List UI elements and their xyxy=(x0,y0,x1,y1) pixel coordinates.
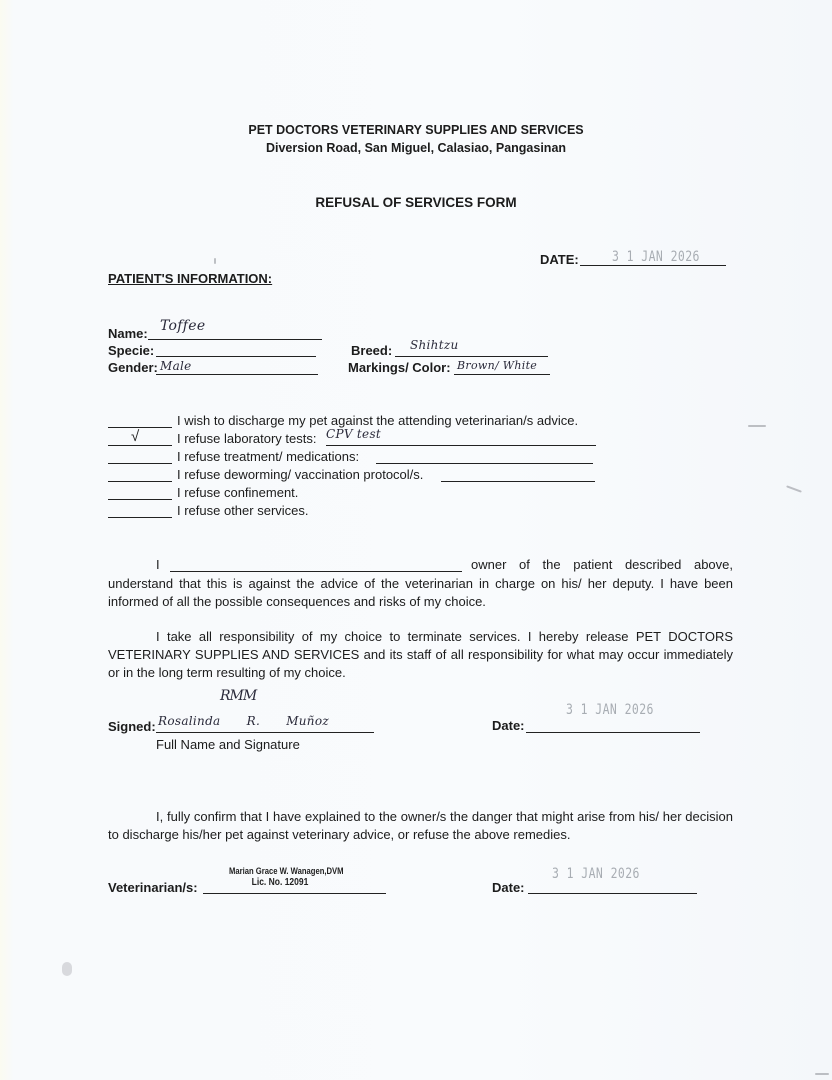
breed-label: Breed: xyxy=(351,343,392,358)
option-mark-field-other[interactable] xyxy=(108,517,172,518)
option-mark-field-deworming[interactable] xyxy=(108,481,172,482)
vet-date-label: Date: xyxy=(492,880,525,895)
gender-label: Gender: xyxy=(108,360,158,375)
option-text-deworming: I refuse deworming/ vaccination protocol… xyxy=(177,467,423,482)
signed-label: Signed: xyxy=(108,719,156,734)
check-mark-icon: √ xyxy=(131,428,139,445)
option-text-discharge: I wish to discharge my pet against the a… xyxy=(177,413,578,428)
option-text-other: I refuse other services. xyxy=(177,503,309,518)
name-value: Toffee xyxy=(160,318,205,334)
markings-label: Markings/ Color: xyxy=(348,360,451,375)
date-label: DATE: xyxy=(540,252,579,267)
specie-field[interactable] xyxy=(156,356,316,357)
scan-speck xyxy=(214,258,216,264)
owner-date-stamp: 3 1 JAN 2026 xyxy=(566,702,654,718)
option-text-treatment: I refuse treatment/ medications: xyxy=(177,449,359,464)
treatment-detail-field[interactable] xyxy=(376,463,593,464)
form-title: REFUSAL OF SERVICES FORM xyxy=(0,195,832,210)
date-field-line[interactable] xyxy=(580,265,726,266)
breed-field[interactable] xyxy=(395,356,548,357)
scan-speck xyxy=(62,962,72,976)
responsibility-statement: I take all responsibility of my choice t… xyxy=(108,628,733,682)
scan-speck xyxy=(748,425,766,427)
vet-statement: I, fully confirm that I have explained t… xyxy=(108,808,733,844)
owner-date-field[interactable] xyxy=(526,732,700,733)
owner-statement-body: understand that this is against the advi… xyxy=(108,575,733,611)
markings-value: Brown/ White xyxy=(457,359,537,372)
option-mark-field-discharge[interactable] xyxy=(108,427,172,428)
owner-statement-line1: owner of the patient described above, xyxy=(471,557,733,572)
gender-value: Male xyxy=(160,359,192,373)
specie-label: Specie: xyxy=(108,343,154,358)
option-mark-field-treatment[interactable] xyxy=(108,463,172,464)
veterinarian-stamp: Marian Grace W. Wanagen,DVM Lic. No. 120… xyxy=(229,866,331,888)
signature-caption: Full Name and Signature xyxy=(156,737,300,752)
scan-speck xyxy=(815,1073,829,1075)
deworming-detail-field[interactable] xyxy=(441,481,595,482)
name-label: Name: xyxy=(108,326,148,341)
owner-signature-field[interactable] xyxy=(156,732,374,733)
option-mark-field-confinement[interactable] xyxy=(108,499,172,500)
laboratory-detail-value: CPV test xyxy=(326,427,381,441)
vet-date-field[interactable] xyxy=(528,893,697,894)
name-field[interactable] xyxy=(148,339,322,340)
owner-name-field[interactable] xyxy=(170,571,462,572)
patient-info-heading: PATIENT'S INFORMATION: xyxy=(108,271,272,286)
breed-value: Shihtzu xyxy=(410,338,459,352)
markings-field[interactable] xyxy=(454,374,550,375)
veterinarian-stamp-name: Marian Grace W. Wanagen,DVM xyxy=(229,866,331,877)
company-address: Diversion Road, San Miguel, Calasiao, Pa… xyxy=(0,141,832,155)
option-text-confinement: I refuse confinement. xyxy=(177,485,298,500)
scan-speck xyxy=(786,485,802,492)
laboratory-detail-field[interactable] xyxy=(326,445,596,446)
owner-statement-prefix: I xyxy=(156,557,160,572)
date-stamp: 3 1 JAN 2026 xyxy=(612,249,700,265)
company-name: PET DOCTORS VETERINARY SUPPLIES AND SERV… xyxy=(0,123,832,137)
gender-field[interactable] xyxy=(156,374,318,375)
veterinarian-label: Veterinarian/s: xyxy=(108,880,198,895)
veterinarian-stamp-license: Lic. No. 12091 xyxy=(229,877,331,888)
veterinarian-signature-field[interactable] xyxy=(203,893,386,894)
scanned-form-page: PET DOCTORS VETERINARY SUPPLIES AND SERV… xyxy=(0,0,832,1080)
option-mark-field-laboratory[interactable] xyxy=(108,445,172,446)
option-text-laboratory: I refuse laboratory tests: xyxy=(177,431,316,446)
owner-date-label: Date: xyxy=(492,718,525,733)
owner-signature-value: Rosalinda R. Muñoz xyxy=(158,714,329,728)
owner-initials: RMM xyxy=(220,688,256,704)
vet-date-stamp: 3 1 JAN 2026 xyxy=(552,866,640,882)
